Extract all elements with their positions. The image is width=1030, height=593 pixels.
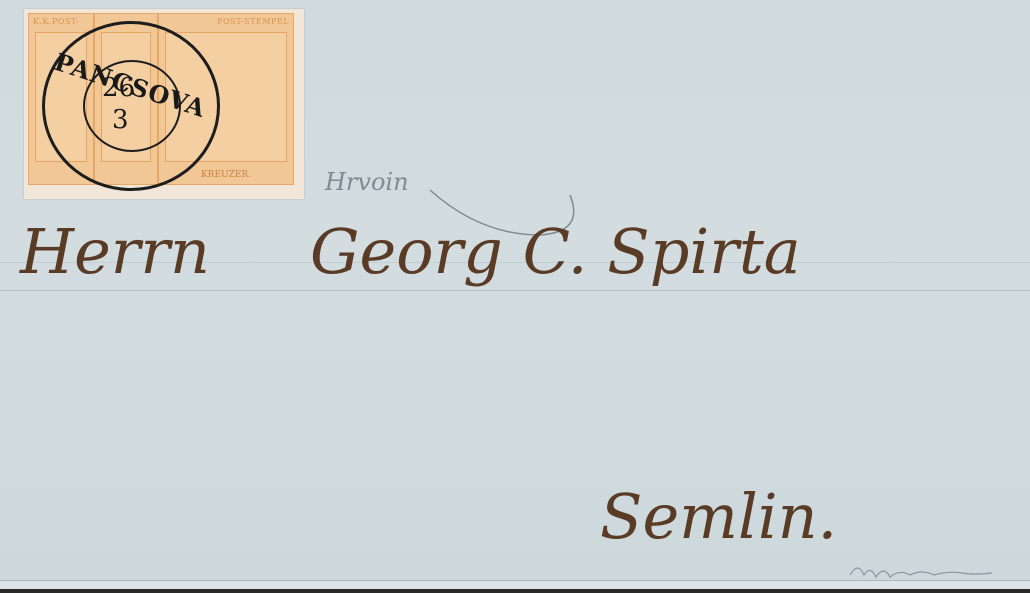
stamp-strip: K.K.POST- POST-STEMPEL KREUZER. PANCSOVA… <box>24 9 304 199</box>
postmark-day: 26 <box>102 73 135 103</box>
fold-line <box>0 290 1030 291</box>
address-city: Semlin. <box>600 480 837 553</box>
address-salutation: Herrn <box>20 215 210 288</box>
cover-bottom-edge <box>0 580 1030 589</box>
postmark-month: 3 <box>112 105 129 135</box>
pencil-note-upper: Hrvoin <box>325 168 409 196</box>
address-name: Georg C. Spirta <box>310 215 801 288</box>
envelope-cover: K.K.POST- POST-STEMPEL KREUZER. PANCSOVA… <box>0 0 1030 588</box>
